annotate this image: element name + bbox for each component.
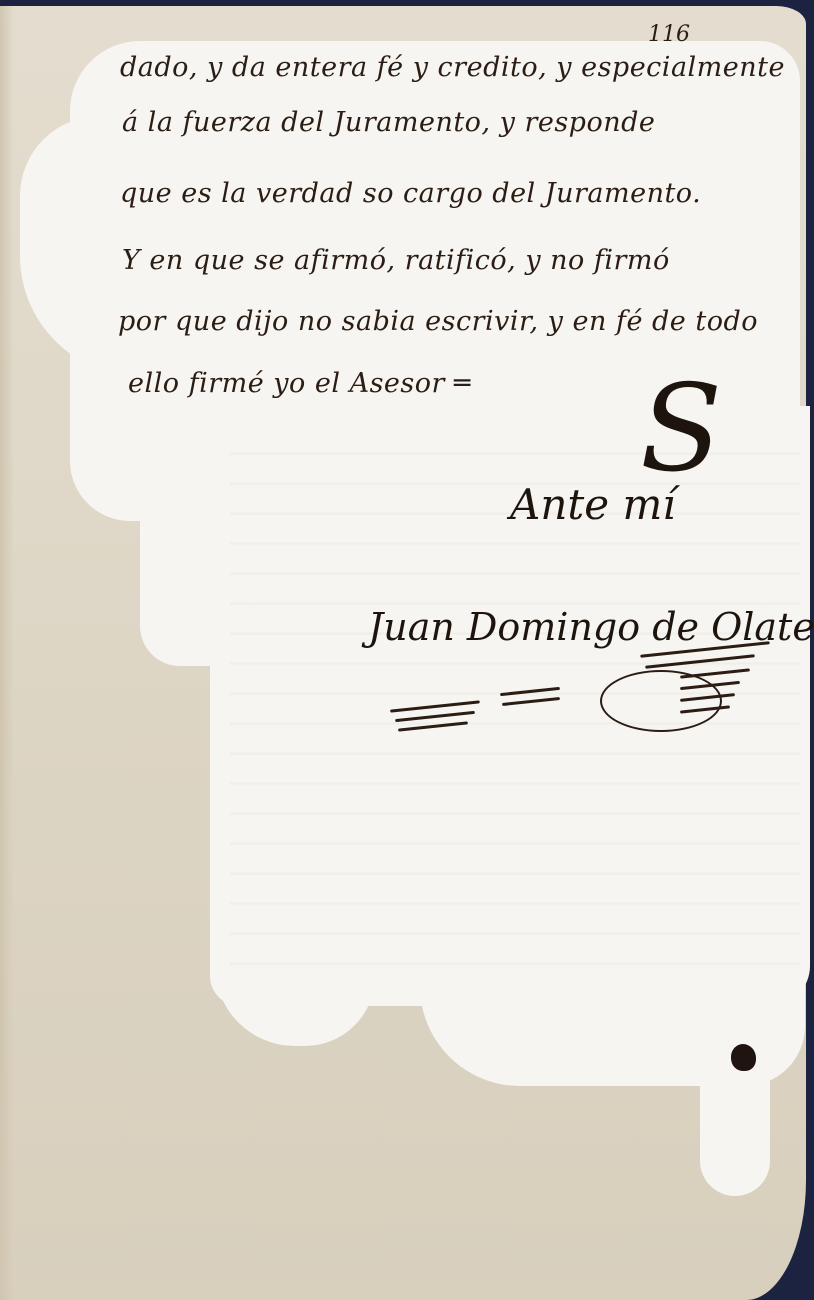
text-line: á la fuerza del Juramento, y responde (122, 107, 655, 138)
clean-paper-region (700, 1066, 770, 1196)
rubric-oval-icon (600, 670, 722, 732)
signature-mark: S (640, 360, 722, 499)
signature-ante-mi: Ante mí (510, 480, 676, 529)
text-line: dado, y da entera fé y credito, y especi… (120, 52, 785, 83)
folio-number: 116 (648, 22, 690, 47)
text-line: Y en que se afirmó, ratificó, y no firmó (122, 245, 670, 276)
signature-notary: Juan Domingo de Olate (368, 605, 814, 649)
water-stain-edge (0, 6, 14, 1300)
text-line: que es la verdad so cargo del Juramento. (120, 178, 701, 209)
text-line: ello firmé yo el Asesor ═ (128, 368, 471, 399)
text-line: por que dijo no sabia escrivir, y en fé … (118, 306, 758, 337)
ink-blot (731, 1044, 756, 1071)
